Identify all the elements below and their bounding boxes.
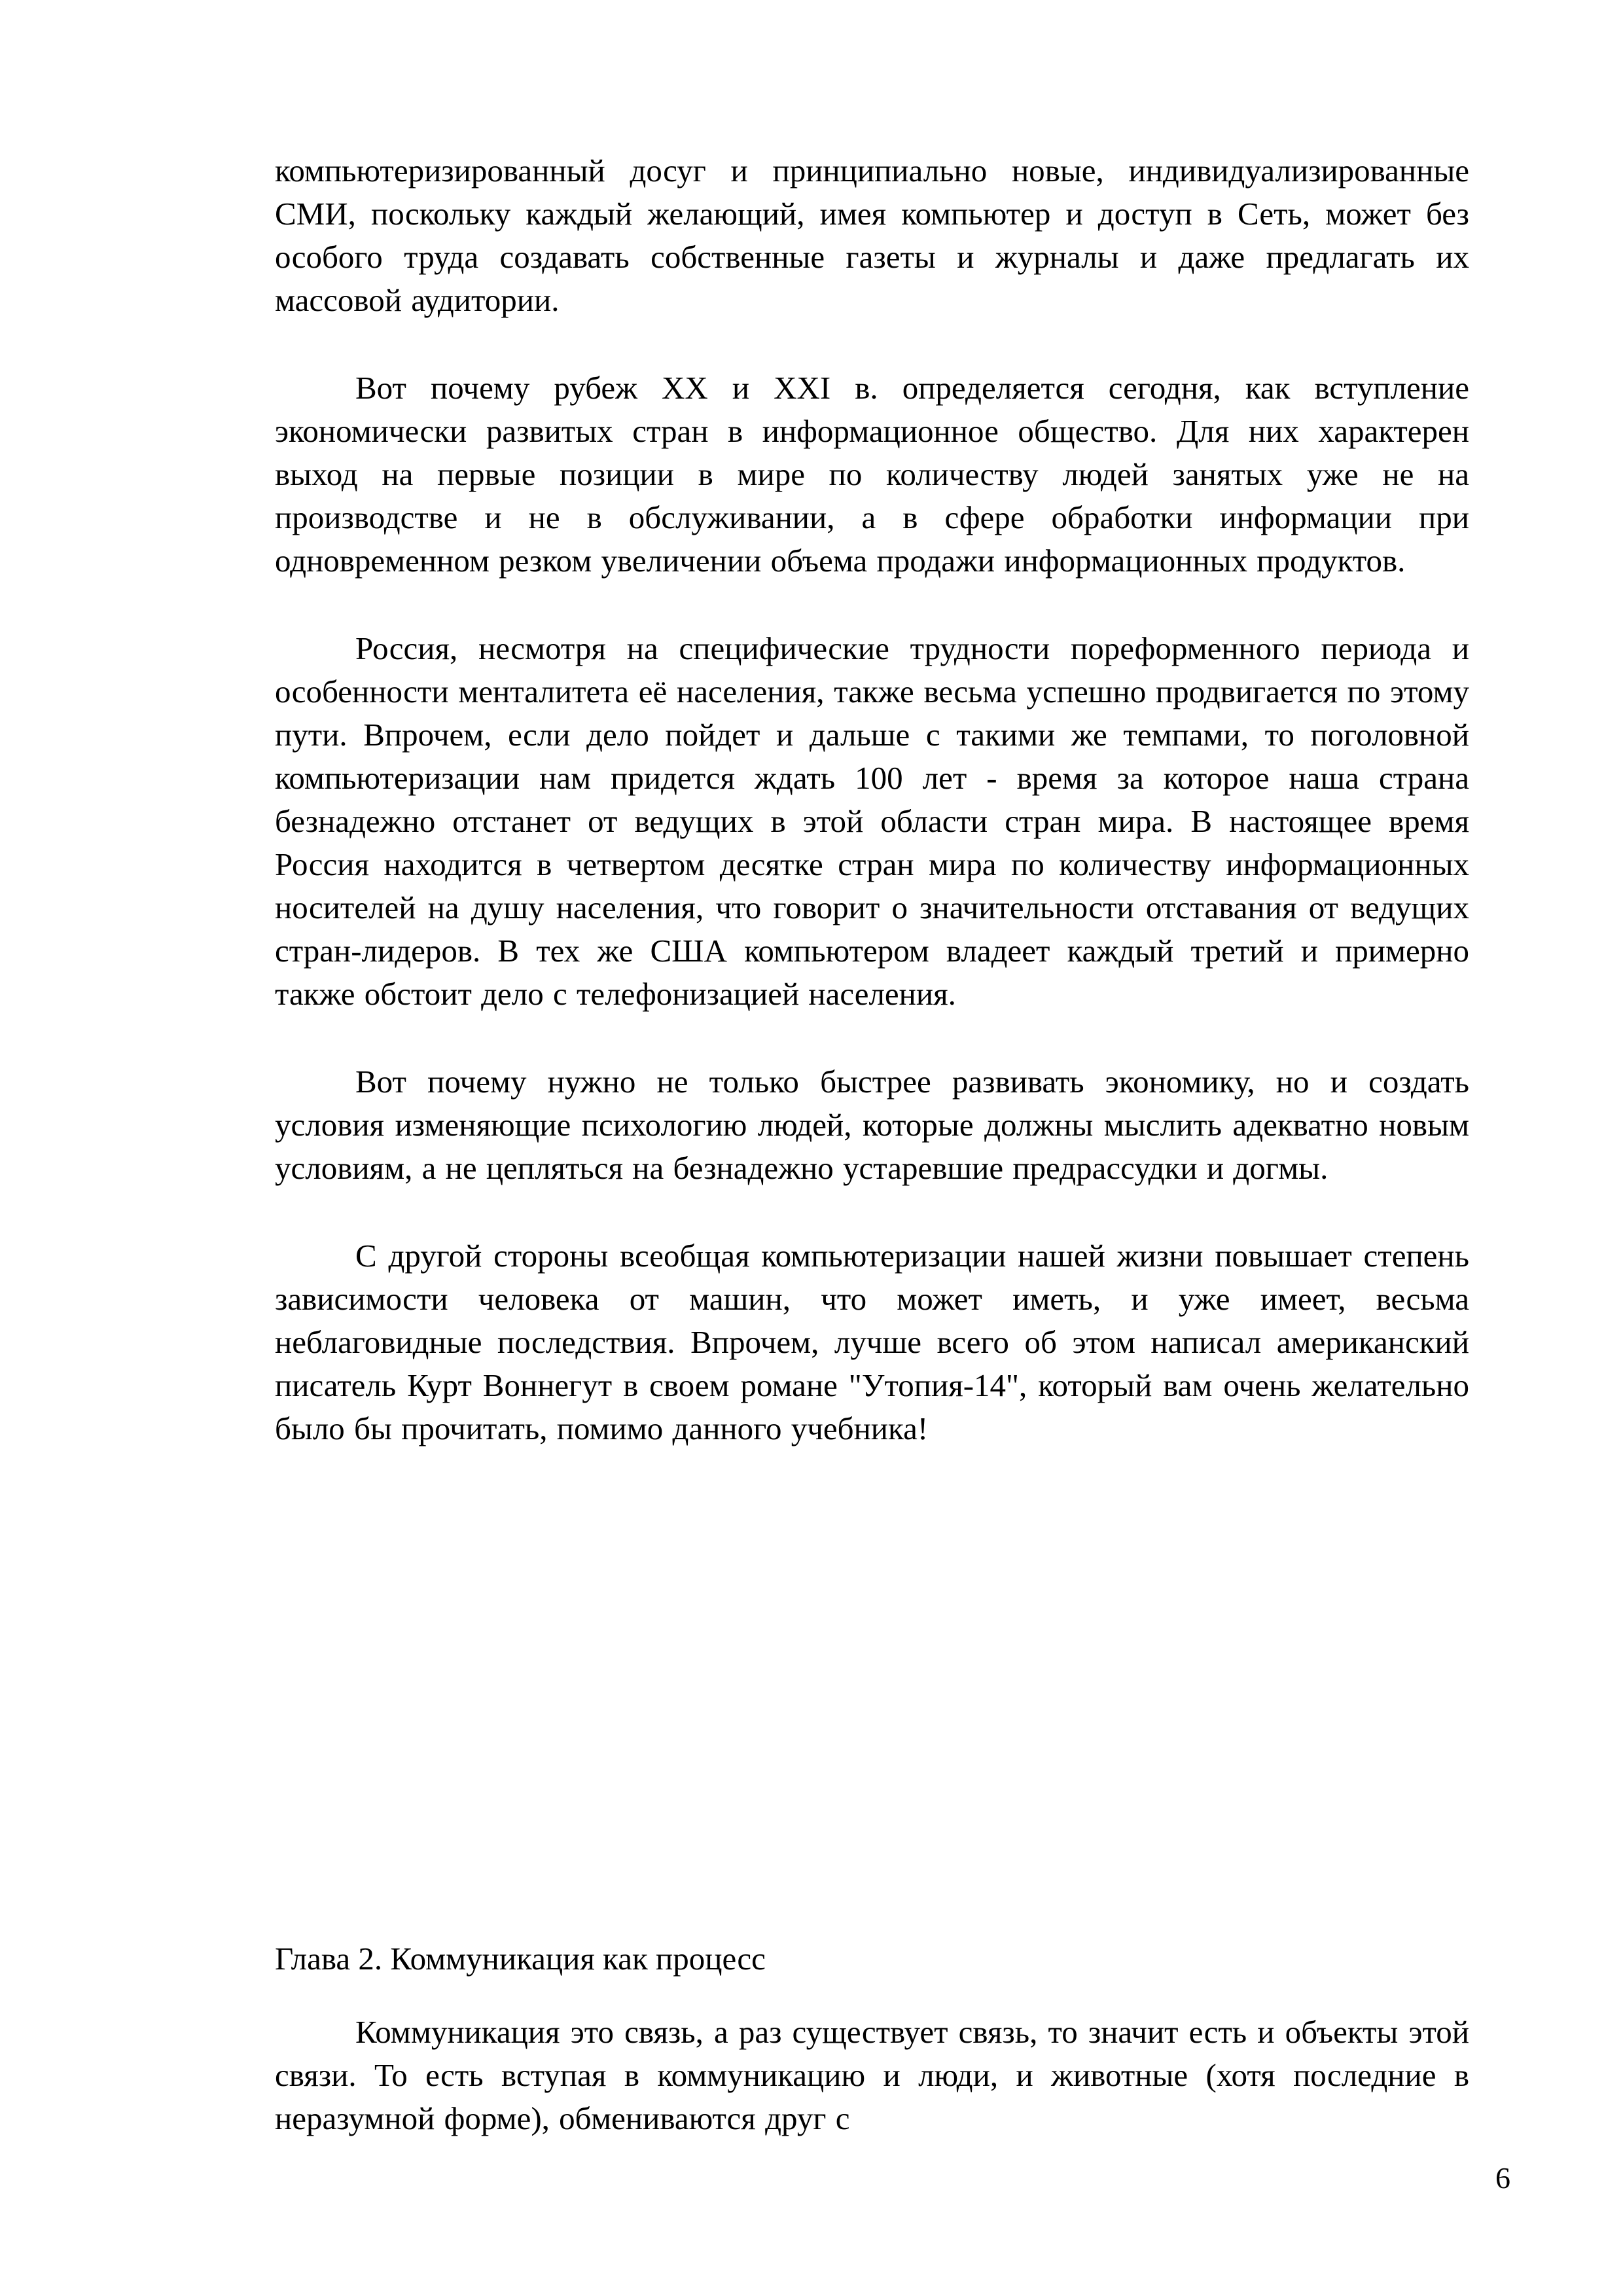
- paragraph-6: Коммуникация это связь, а раз существует…: [275, 2011, 1469, 2140]
- paragraph-2: Вот почему рубеж XX и XXI в. определяетс…: [275, 367, 1469, 583]
- paragraph-5: С другой стороны всеобщая компьютеризаци…: [275, 1234, 1469, 1450]
- page-body-lower: Глава 2. Коммуникация как процесс Коммун…: [275, 1937, 1469, 2140]
- document-page: компьютеризированный досуг и принципиаль…: [0, 0, 1623, 2296]
- paragraph-4: Вот почему нужно не только быстрее разви…: [275, 1060, 1469, 1190]
- page-number: 6: [1495, 2161, 1510, 2195]
- paragraph-3: Россия, несмотря на специфические трудно…: [275, 627, 1469, 1016]
- paragraph-1: компьютеризированный досуг и принципиаль…: [275, 149, 1469, 322]
- chapter-heading: Глава 2. Коммуникация как процесс: [275, 1937, 1469, 1981]
- page-body-upper: компьютеризированный досуг и принципиаль…: [275, 149, 1469, 1450]
